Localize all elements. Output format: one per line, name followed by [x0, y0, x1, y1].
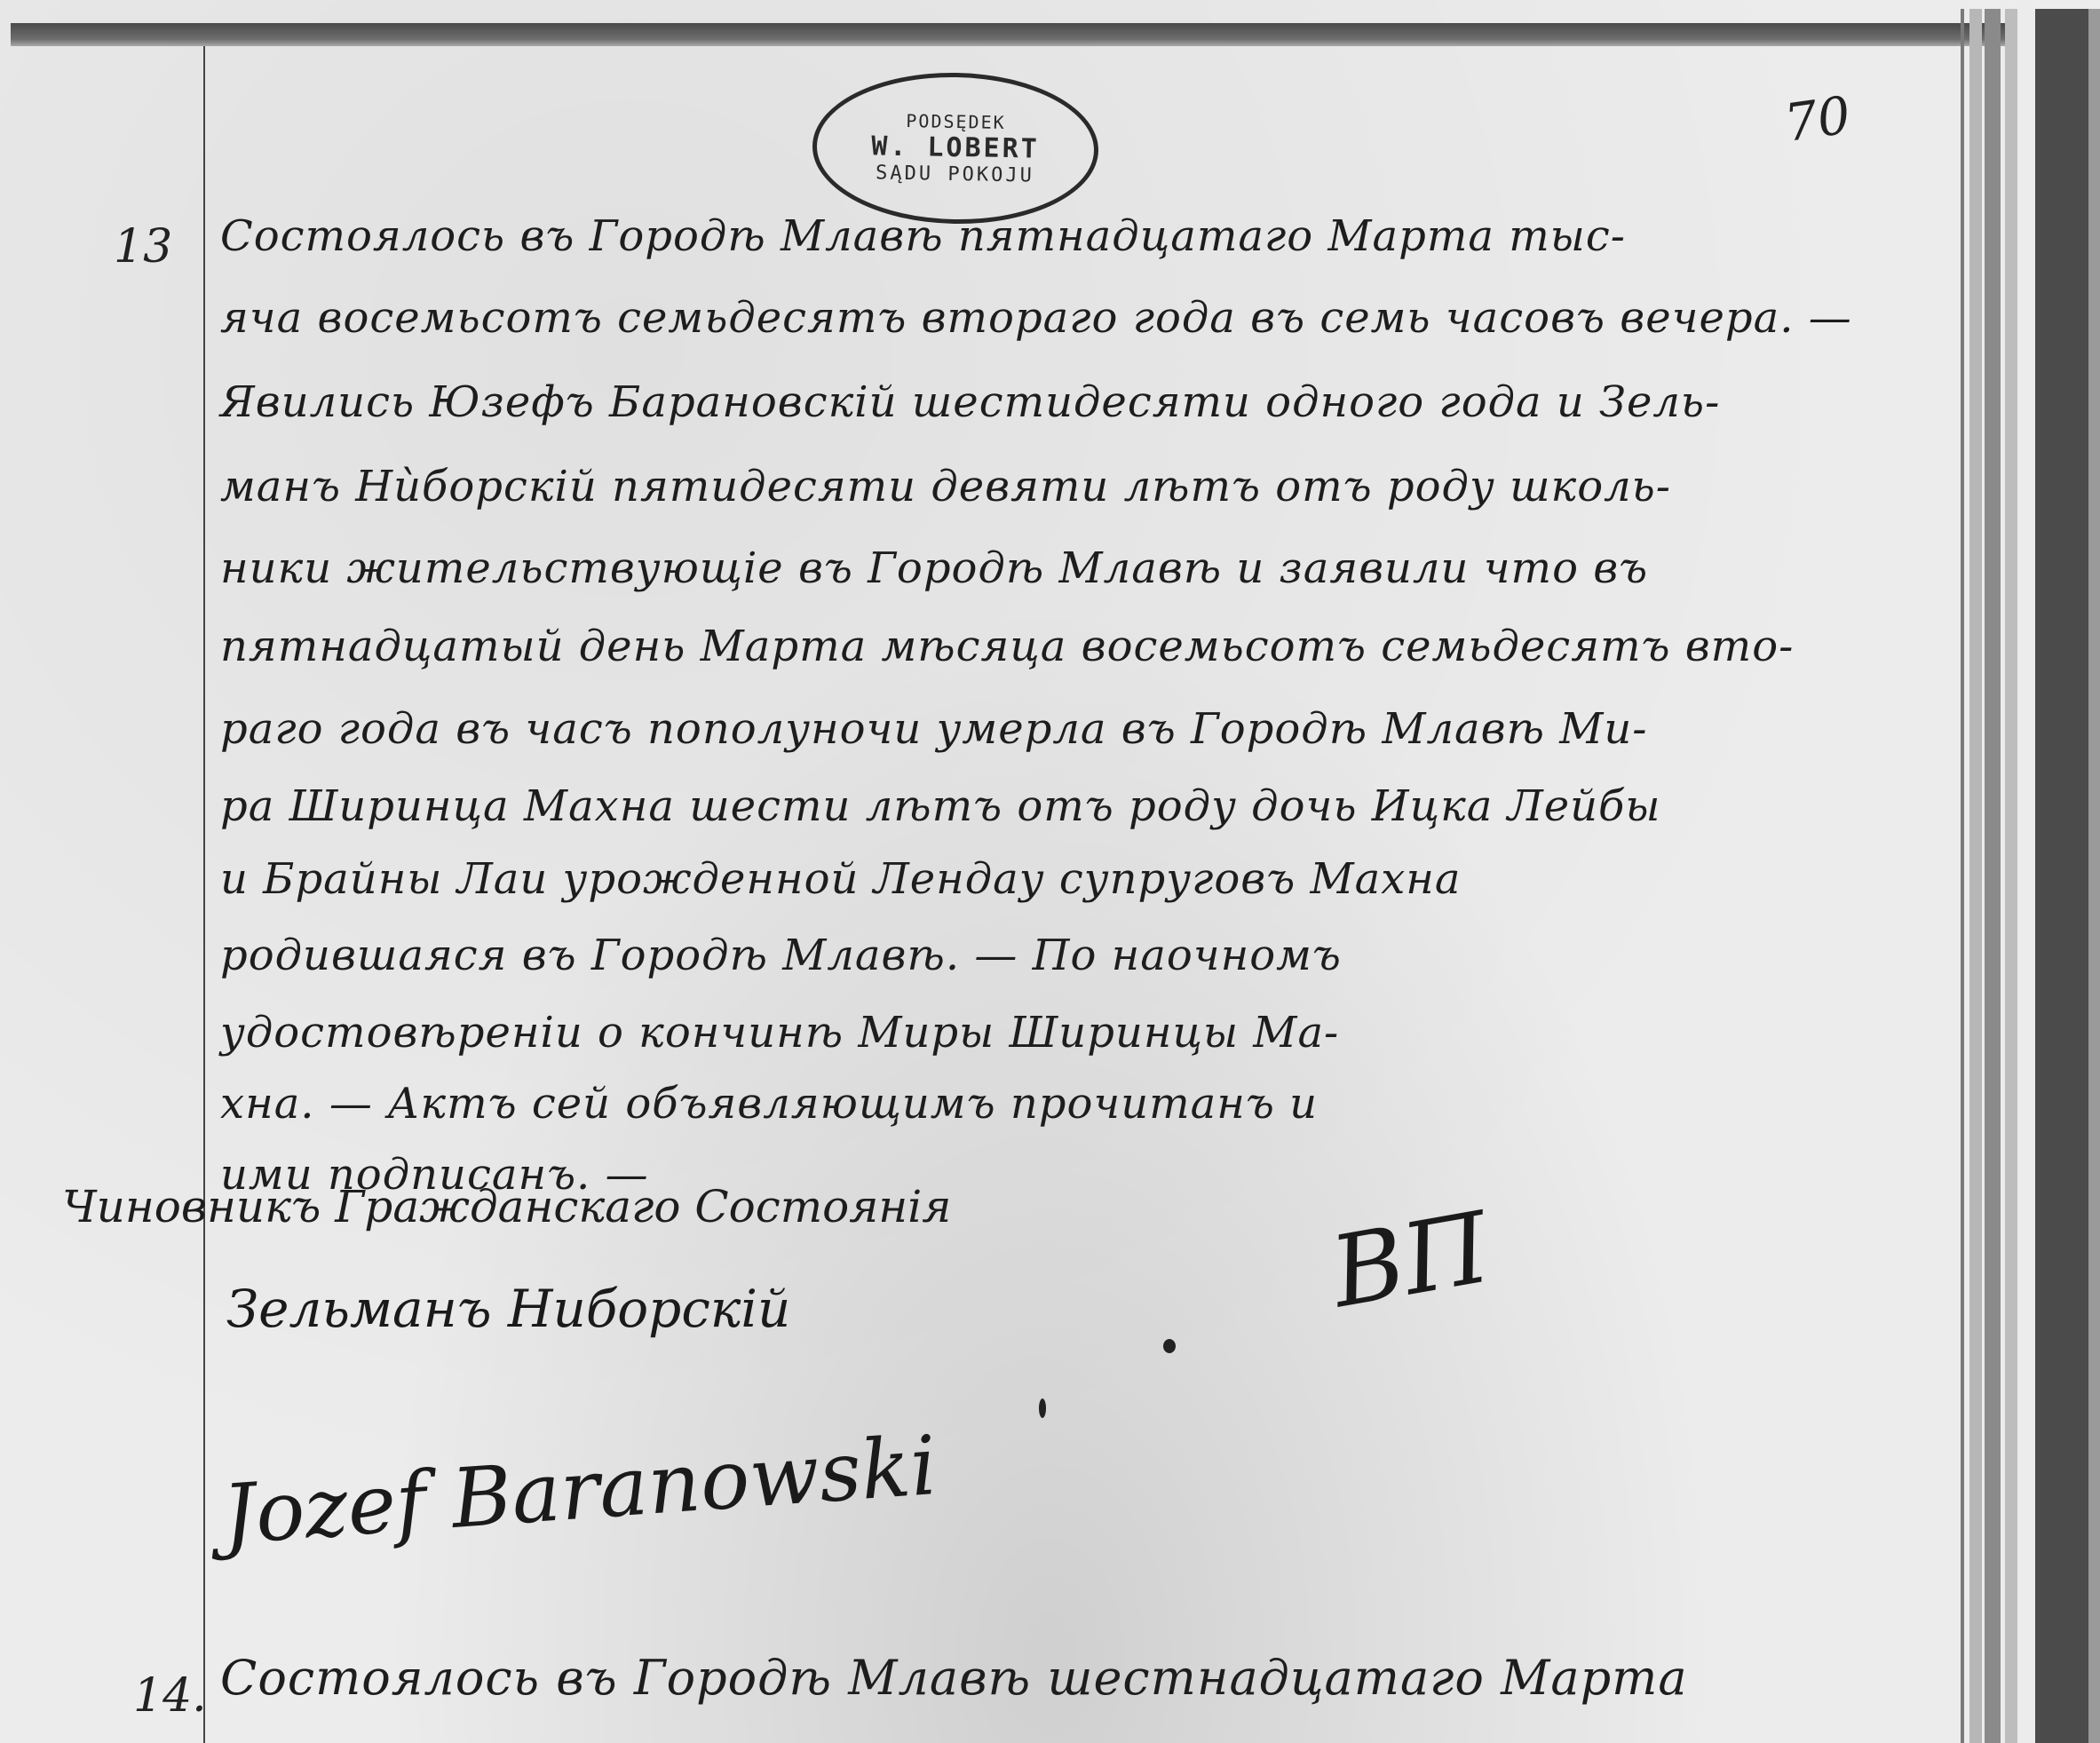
entry-number: 14. [133, 1669, 207, 1723]
ink-mark [1039, 1398, 1046, 1418]
record-line: Состоялось въ Городѣ Млавѣ пятнадцатаго … [220, 211, 1626, 261]
entry-number: 13 [114, 220, 172, 273]
record-line: хна. — Актъ сей объявляющимъ прочитанъ и [220, 1079, 1318, 1129]
top-border-rule [11, 23, 2017, 46]
stamp-line-2: W. LOBERT [871, 131, 1040, 164]
book-binding-edge [2005, 9, 2017, 1743]
record-line: ники жительствующіе въ Городѣ Млавѣ и за… [220, 543, 1648, 593]
record-line: Состоялось въ Городѣ Млавѣ шестнадцатаго… [220, 1650, 1688, 1706]
record-line: Явились Юзефъ Барановскій шестидесяти од… [220, 377, 1720, 427]
record-line: раго года въ часъ пополуночи умерла въ Г… [220, 704, 1647, 754]
registrar-signature: ВП [1323, 1191, 1497, 1330]
record-line: яча восемьсотъ семьдесятъ втораго года в… [220, 293, 1852, 343]
book-binding-edge [1985, 9, 2001, 1743]
record-line: пятнадцатый день Марта мѣсяца восемьсотъ… [220, 622, 1794, 671]
registrar-title: Чиновникъ Гражданскаго Состоянія [62, 1181, 951, 1232]
page-number: 70 [1781, 84, 1855, 154]
record-line: ра Ширинца Махна шести лѣтъ отъ роду доч… [220, 781, 1660, 831]
record-line: удостовѣреніи о кончинѣ Миры Ширинцы Ма- [220, 1008, 1339, 1058]
witness-signature: Jozef Baranowski [219, 1418, 939, 1563]
book-binding-edge [1969, 9, 1982, 1743]
record-line: родившаяся въ Городѣ Млавѣ. — По наочном… [220, 931, 1342, 980]
document-page: PODSĘDEK W. LOBERT SĄDU POKOJU 70 13 Сос… [0, 0, 2100, 1743]
stamp-line-3: SĄDU POKOJU [876, 162, 1034, 186]
book-binding-edge [2035, 9, 2088, 1743]
witness-signature: Зельманъ Ниборскій [226, 1279, 790, 1339]
book-binding-edge [2088, 9, 2100, 1743]
ink-dot [1163, 1339, 1176, 1353]
left-margin-rule [203, 46, 205, 1743]
court-stamp: PODSĘDEK W. LOBERT SĄDU POKOJU [812, 70, 1100, 226]
record-line: манъ Нѝборскій пятидесяти девяти лѣтъ от… [220, 462, 1671, 511]
record-line: и Брайны Лаи урожденной Лендау супруговъ… [220, 854, 1462, 904]
stamp-line-1: PODSĘDEK [906, 110, 1006, 133]
book-binding-edge [1961, 9, 1964, 1743]
